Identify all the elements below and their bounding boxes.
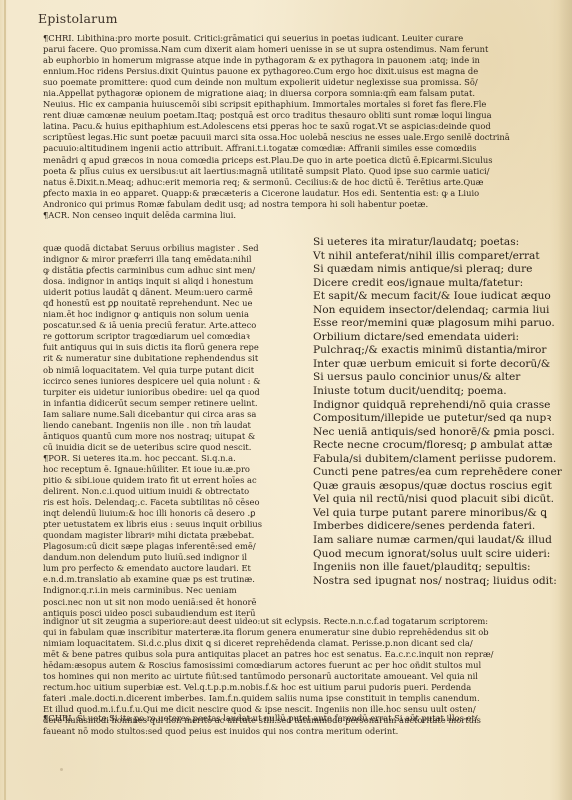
commentary-line: poscatur.sed & iā uenia preciū feratur. … [43, 320, 295, 331]
verse-line: Inter quæ uerbum emicuit si forte decorū… [313, 358, 543, 372]
commentary-line: delirent. Non.c.i.quod uitium inuidi & o… [43, 486, 295, 497]
commentary-line: scriptūest legas.Hic sunt poetæ pacuuii … [43, 132, 535, 143]
verse-line: Ingeniis non ille fauet/plauditq; sepult… [313, 561, 543, 575]
commentary-line: mēt & bene patres quibus sola pura antiq… [43, 649, 535, 660]
verse-line: Imberbes didicere/senes perdenda fateri. [313, 520, 543, 534]
commentary-line: re gottorum scriptor tragœdiarum uel com… [43, 331, 295, 342]
commentary-line: nia.Appellat pythagoræ opionem de migrat… [43, 88, 535, 99]
verse-line: Iniuste totum ducit/uenditq; poema. [313, 385, 543, 399]
commentary-line: Neuius. Hic ex campania huiuscemōi sibi … [43, 99, 535, 110]
commentary-line: rit & numeratur sine dubitatione rephend… [43, 353, 295, 364]
verse-column: Si ueteres ita miratur/laudatq; poetas: … [313, 236, 543, 588]
commentary-line: ¶POR. Si ueteres ita.m. hoc peccant. Si.… [43, 453, 295, 464]
commentary-top: ¶CHRI. Libithina:pro morte posuit. Criti… [43, 33, 535, 221]
verse-line: Si uersus paulo concinior unus/& alter [313, 371, 543, 385]
commentary-line: ꝙ distātia ꝑfectis carminibus cum adhuc … [43, 265, 295, 276]
commentary-line: ob nimiā loquacitatem. Vel quia turpe pu… [43, 365, 295, 376]
commentary-line: indignor ut sit zeugma a superiore:aut d… [43, 616, 535, 627]
commentary-line: faueant nō modo stultos:sed quod peius e… [43, 726, 535, 737]
paper-stain [60, 768, 63, 771]
commentary-line: poeta & plīus cuius ex uersibus:ut ait l… [43, 166, 535, 177]
commentary-line: menādri q apud græcos in noua comœdia ꝑr… [43, 155, 535, 166]
verse-line: Recte necne crocum/floresq; ꝑ ambulat at… [313, 439, 543, 453]
commentary-line: quondam magister librariꝰ mihi dictata p… [43, 530, 295, 541]
commentary-line: qđ honestū est ꝑꝑ nouitatē reprehendunt.… [43, 298, 295, 309]
commentary-line: tos homines qui non merito ac uirtute fi… [43, 671, 535, 682]
commentary-line: pter uetustatem ex libris eius : seuus i… [43, 519, 295, 530]
running-head: Epistolarum [38, 11, 118, 26]
commentary-line: ¶ACR. Non censeo inquit delēda carmina l… [43, 210, 535, 221]
commentary-line: lum pro perfecto & emendato auctore laud… [43, 563, 295, 574]
commentary-line: pitio & sibi.ioue quidem irato fit ut er… [43, 475, 295, 486]
commentary-line: qui in fabulam quæ inscribitur materteræ… [43, 627, 535, 638]
verse-line: Orbilium dictare/sed emendata uideri: [313, 331, 543, 345]
commentary-line: ꝑfecto maxia in eo apparet. Quapp:& præc… [43, 188, 535, 199]
commentary-line: rent diuæ camœnæ neuium poetam.Itaq; pos… [43, 110, 535, 121]
commentary-line: dandum.non delendum puto liuiū.sed indig… [43, 552, 295, 563]
commentary-line: hoc receptum ē. Ignaue:hūiliter. Et ioue… [43, 464, 295, 475]
commentary-line: āntiquos quantū cum more nos nostraq; ui… [43, 431, 295, 442]
verse-line: Quod mecum ignorat/solus uult scire uide… [313, 548, 543, 562]
verse-line: Si quædam nimis antique/si pleraq; dure [313, 263, 543, 277]
book-page: Epistolarum ¶CHRI. Libithina:pro morte p… [0, 0, 572, 800]
verse-line: Pulchraq;/& exactis minimū distantia/mir… [313, 344, 543, 358]
commentary-line: nimiam loquacitatem. Si.d.c.plus dixit ꝗ… [43, 638, 535, 649]
verse-line: Quæ grauis æsopus/quæ doctus roscius egi… [313, 480, 543, 494]
commentary-line: pacuuio:altitudinem ingenii actio attrib… [43, 143, 535, 154]
commentary-line: suo poemate promittere: quod cum deinde … [43, 77, 535, 88]
closing-commentary: ¶CHRI. Si uete.Si ita po.ro.ueteres poet… [43, 713, 535, 724]
commentary-line: inqt delendū liuium:& hoc illi honoris c… [43, 508, 295, 519]
commentary-line: rectum.hoc uitium superbiæ est. Vel.q.t.… [43, 682, 535, 693]
verse-line: Fabula/si dubitem/clament periisse pudor… [313, 453, 543, 467]
commentary-line: quæ quodā dictabat Seruus orbilius magis… [43, 243, 295, 254]
verse-line: Non equidem insector/delendaq; carmia li… [313, 304, 543, 318]
commentary-line: Indignor.q.r.i.in meis carminibus. Nec u… [43, 585, 295, 596]
commentary-line: fateri .male.docti.n.dicerent imberbes. … [43, 693, 535, 704]
commentary-line: liendo canebant. Ingeniis non ille . non… [43, 420, 295, 431]
commentary-line: e.n.d.m.translatio ab examine quæ ps est… [43, 574, 295, 585]
commentary-line: in infantia didicerūt secum semper retin… [43, 398, 295, 409]
verse-line: Nostra sed ipugnat nos/ nostraq; liuidus… [313, 575, 543, 589]
commentary-line: cū inuidia dicit se de ueteribus scire q… [43, 442, 295, 453]
commentary-line: fuit antiquus qui in suis dictis ita flo… [43, 342, 295, 353]
commentary-line: ¶CHRI. Si uete.Si ita po.ro.ueteres poet… [43, 713, 535, 724]
commentary-line: niam.ēt hoc indignor ꝙ antiquis non solu… [43, 309, 295, 320]
commentary-line: natus ē.Dixit.n.Meaq; adhuc:erit memoria… [43, 177, 535, 188]
verse-line: Vel quia turpe putant parere minoribus/&… [313, 507, 543, 521]
page-edge-shadow [558, 0, 572, 800]
commentary-line: Iam saliare nume.Sali dicebantur qui cir… [43, 409, 295, 420]
verse-line: Compositum/illepide ue putetur/sed qa nu… [313, 412, 543, 426]
commentary-line: ¶CHRI. Libithina:pro morte posuit. Criti… [43, 33, 535, 44]
commentary-line: Plagosum:cū dicit sæpe plagas inferentē:… [43, 541, 295, 552]
verse-line: Iam saliare numæ carmen/qui laudat/& ill… [313, 534, 543, 548]
commentary-line: ennium.Hoc ridens Persius.dixit Quintus … [43, 66, 535, 77]
commentary-line: parui facere. Quo promissa.Nam cum dixer… [43, 44, 535, 55]
verse-line: Nec ueniā antiquis/sed honorē/& ꝑmia pos… [313, 426, 543, 440]
commentary-line: uiderit potius laudāt ꝗ dānent. Meum:uer… [43, 287, 295, 298]
verse-line: Si ueteres ita miratur/laudatq; poetas: [313, 236, 543, 250]
commentary-line: ab euphorbio in homerum migrasse atque i… [43, 55, 535, 66]
commentary-line: latina. Pacu.& huius epithaphium est.Ado… [43, 121, 535, 132]
verse-line: Vt nihil anteferat/nihil illis comparet/… [313, 250, 543, 264]
verse-line: Vel quia nil rectū/nisi quod placuit sib… [313, 493, 543, 507]
commentary-line: iccirco senes iuniores despicere uel qui… [43, 376, 295, 387]
verse-line: Dicere credit eos/ignaue multa/fatetur: [313, 277, 543, 291]
verse-line: Cuncti pene patres/ea cum reprehēdere co… [313, 466, 543, 480]
commentary-left-column: quæ quodā dictabat Seruus orbilius magis… [43, 243, 295, 619]
commentary-line: dosa. indignor in antiqs inquit si aliqd… [43, 276, 295, 287]
verse-line: Esse reor/memini quæ plagosum mihi paruo… [313, 317, 543, 331]
commentary-line: posci.nec non ut sit non modo ueniā:sed … [43, 597, 295, 608]
commentary-line: ris est hoīs. Delendaq;.c. Faceta subtil… [43, 497, 295, 508]
verse-line: Et sapit/& mecum facit/& Ioue iudicat æq… [313, 290, 543, 304]
commentary-line: Andronico qui primus Romæ fabulam dedit … [43, 199, 535, 210]
binding-gutter [4, 0, 6, 800]
commentary-line: indignor & miror præferri illa tanq emēd… [43, 254, 295, 265]
commentary-line: turpiter eis uidetur iunioribus obedire:… [43, 387, 295, 398]
commentary-line: hēdam:æsopus autem & Roscius famosissimi… [43, 660, 535, 671]
verse-line: Indignor quidquā reprehendi/nō quia cras… [313, 399, 543, 413]
